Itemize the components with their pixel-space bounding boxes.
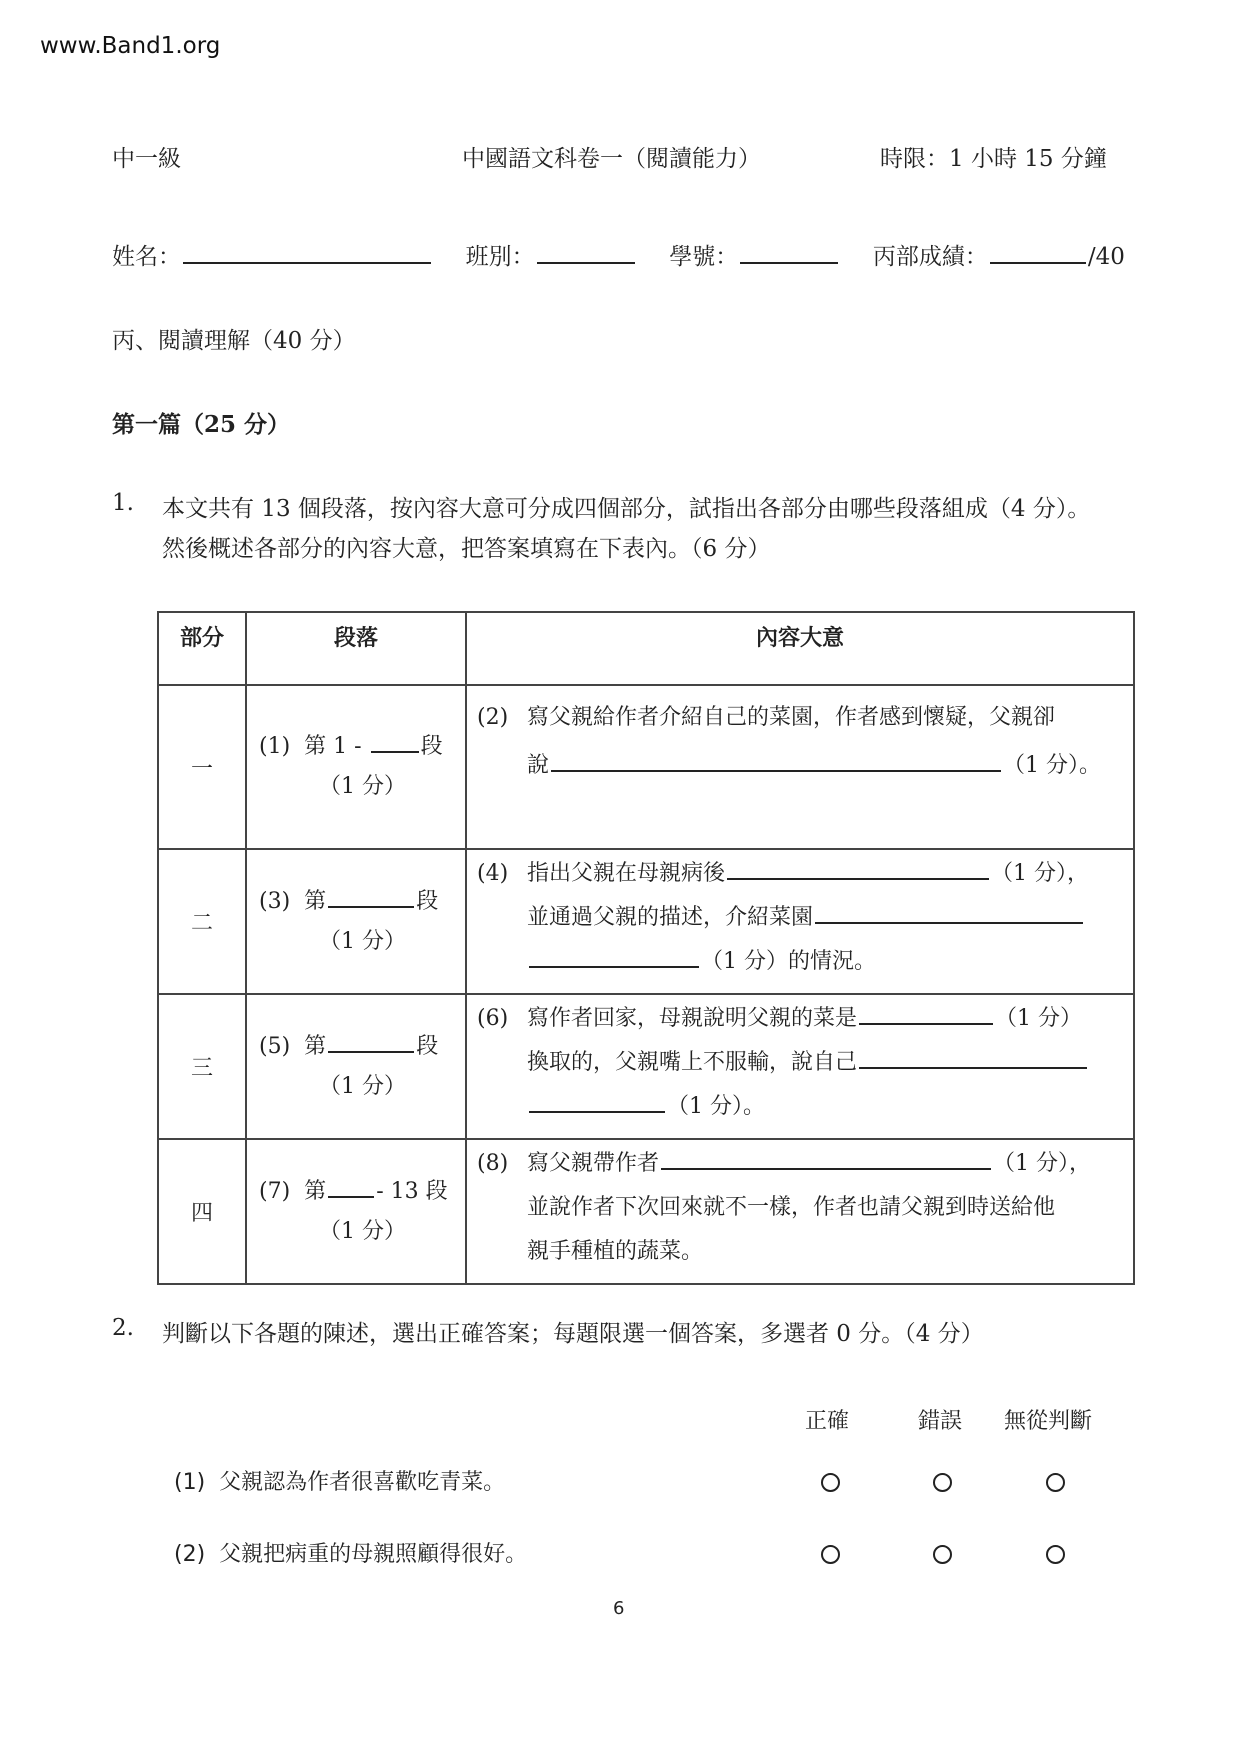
site-watermark: www.Band1.org (40, 33, 220, 59)
q2-number: 2. (112, 1315, 134, 1341)
q1-answer-table: 部分 段落 內容大意 一 (1) 第 1 - 段 （1 分） (2)寫父親給作者… (157, 611, 1135, 1285)
table-row: 二 (3) 第段 （1 分） (4)指出父親在母親病後（1 分）， 並通過父親的… (158, 849, 1134, 994)
student-number-blank[interactable] (740, 261, 838, 264)
student-info-row: 姓名： 班別： 學號： 丙部成績：/40 (112, 238, 1125, 271)
q1-instruction-line1: 本文共有 13 個段落，按內容大意可分成四個部分，試指出各部分由哪些段落組成（4… (162, 490, 1090, 523)
table-header-row: 部分 段落 內容大意 (158, 612, 1134, 685)
answer-blank[interactable] (815, 921, 1083, 924)
part-label: 四 (158, 1139, 246, 1284)
content-cell: (6)寫作者回家，母親說明父親的菜是（1 分） 換取的，父親嘴上不服輸，說自己 … (466, 994, 1134, 1139)
answer-blank[interactable] (328, 1195, 374, 1198)
answer-blank[interactable] (859, 1066, 1087, 1069)
q1-number: 1. (112, 490, 134, 516)
table-row: 四 (7) 第- 13 段 （1 分） (8)寫父親帶作者（1 分）， 並說作者… (158, 1139, 1134, 1284)
name-blank[interactable] (183, 261, 431, 264)
paragraph-cell: (3) 第段 （1 分） (246, 849, 466, 994)
section-title: 丙、閱讀理解（40 分） (112, 322, 356, 355)
score-note: （1 分） (259, 1067, 465, 1107)
radio-statement2-cannot-judge[interactable] (1046, 1545, 1065, 1564)
paragraph-cell: (5) 第段 （1 分） (246, 994, 466, 1139)
option-header-false: 錯誤 (918, 1404, 962, 1435)
answer-blank[interactable] (551, 769, 1001, 772)
answer-blank[interactable] (661, 1167, 991, 1170)
header-content: 內容大意 (466, 612, 1134, 685)
radio-statement2-false[interactable] (933, 1545, 952, 1564)
name-label: 姓名： (112, 244, 181, 270)
table-row: 一 (1) 第 1 - 段 （1 分） (2)寫父親給作者介紹自己的菜園，作者感… (158, 685, 1134, 849)
time-limit: 時限：1 小時 15 分鐘 (880, 140, 1107, 173)
part-label: 一 (158, 685, 246, 849)
answer-blank[interactable] (529, 1110, 665, 1113)
score-blank[interactable] (990, 261, 1086, 264)
answer-blank[interactable] (859, 1022, 993, 1025)
statement-1: (1) 父親認為作者很喜歡吃青菜。 (174, 1465, 505, 1496)
table-row: 三 (5) 第段 （1 分） (6)寫作者回家，母親說明父親的菜是（1 分） 換… (158, 994, 1134, 1139)
part-label: 三 (158, 994, 246, 1139)
answer-blank[interactable] (328, 905, 414, 908)
content-cell: (2)寫父親給作者介紹自己的菜園，作者感到懷疑，父親卻 說（1 分）。 (466, 685, 1134, 849)
radio-statement2-true[interactable] (821, 1545, 840, 1564)
passage-title: 第一篇（25 分） (112, 406, 290, 439)
content-cell: (8)寫父親帶作者（1 分）， 並說作者下次回來就不一樣，作者也請父親到時送給他… (466, 1139, 1134, 1284)
class-label: 班別： (466, 244, 535, 270)
page-number: 6 (613, 1598, 624, 1619)
score-note: （1 分） (259, 922, 465, 962)
paragraph-cell: (7) 第- 13 段 （1 分） (246, 1139, 466, 1284)
q1-instruction-line2: 然後概述各部分的內容大意，把答案填寫在下表內。（6 分） (162, 530, 770, 563)
paragraph-cell: (1) 第 1 - 段 （1 分） (246, 685, 466, 849)
answer-blank[interactable] (529, 965, 699, 968)
answer-blank[interactable] (371, 750, 419, 753)
paper-title: 中國語文科卷一（閱讀能力） (462, 140, 761, 173)
score-label: 丙部成績： (873, 244, 988, 270)
q2-instruction: 判斷以下各題的陳述，選出正確答案；每題限選一個答案，多選者 0 分。（4 分） (162, 1315, 984, 1348)
content-cell: (4)指出父親在母親病後（1 分）， 並通過父親的描述，介紹菜園 （1 分）的情… (466, 849, 1134, 994)
grade-label: 中一級 (112, 140, 181, 173)
score-total: /40 (1088, 244, 1125, 270)
radio-statement1-cannot-judge[interactable] (1046, 1473, 1065, 1492)
answer-blank[interactable] (727, 877, 989, 880)
score-note: （1 分） (259, 767, 465, 807)
score-note: （1 分） (259, 1212, 465, 1252)
option-header-cannot-judge: 無從判斷 (1004, 1404, 1092, 1435)
part-label: 二 (158, 849, 246, 994)
answer-blank[interactable] (328, 1050, 414, 1053)
header-paragraph: 段落 (246, 612, 466, 685)
header-part: 部分 (158, 612, 246, 685)
radio-statement1-false[interactable] (933, 1473, 952, 1492)
option-header-true: 正確 (805, 1404, 849, 1435)
statement-2: (2) 父親把病重的母親照顧得很好。 (174, 1537, 527, 1568)
class-blank[interactable] (537, 261, 635, 264)
student-number-label: 學號： (669, 244, 738, 270)
radio-statement1-true[interactable] (821, 1473, 840, 1492)
